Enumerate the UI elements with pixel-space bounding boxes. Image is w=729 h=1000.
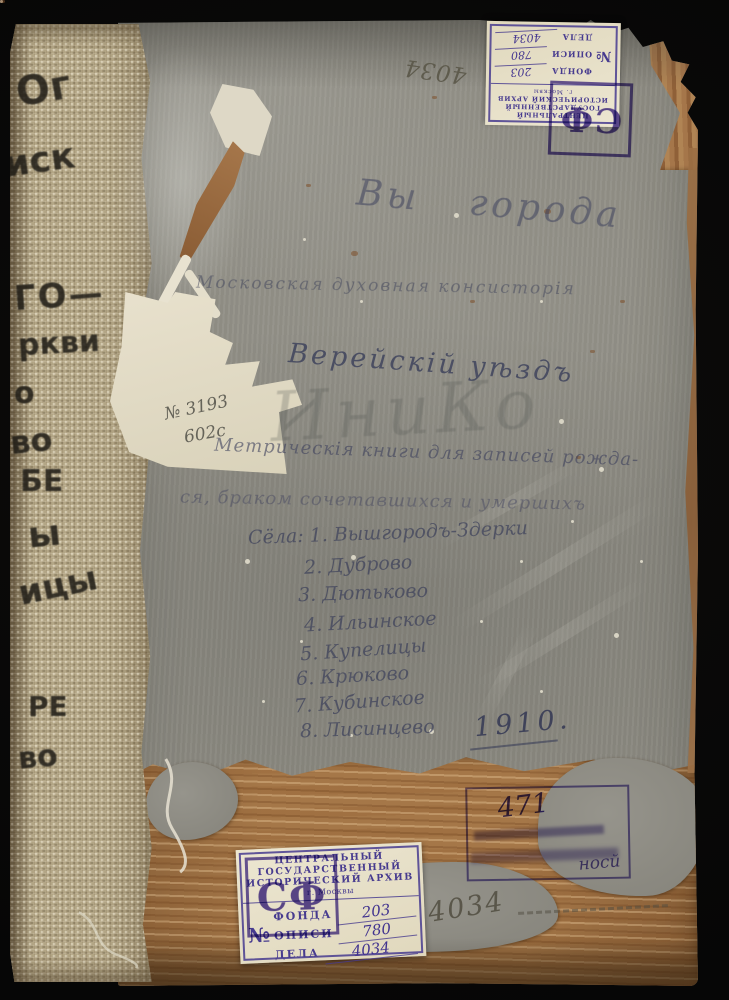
number-sign: № xyxy=(592,28,616,85)
sf-stamp-text: СФ xyxy=(558,98,623,140)
village-list-item: 5. Купелицы xyxy=(299,635,427,666)
ink-smudge-bar xyxy=(474,825,604,841)
fond-row: ФОНДА 203 xyxy=(495,65,592,81)
paper-nicks xyxy=(0,0,5,3)
village-list-item: 4. Ильинское xyxy=(304,608,438,637)
village-list-item: 2. Дуброво xyxy=(303,551,412,579)
reference-list: ФОНДА 203 ОПИСИ 780 ДЕЛА 4034 xyxy=(491,26,593,85)
check-ink-stamp: 471 носй xyxy=(465,785,631,882)
opis-value-handwritten: 780 xyxy=(495,47,547,64)
check-stamp-number: 471 xyxy=(496,787,551,824)
spine-letter-fragment: ркви xyxy=(17,324,101,363)
delo-value-handwritten: 4034 xyxy=(495,29,558,46)
delo-row: ДЕЛА 4034 xyxy=(495,31,592,47)
spine-letter-fragment: во xyxy=(17,738,60,776)
opis-row: ОПИСИ 780 xyxy=(495,48,592,64)
sf-ink-stamp-bottom: СФ xyxy=(245,854,340,937)
spine-letter-fragment: ГО— xyxy=(13,273,106,319)
opis-label: ОПИСИ xyxy=(551,49,592,60)
fond-label: ФОНДА xyxy=(551,66,592,77)
spine-letter-fragment: ы xyxy=(26,512,63,556)
spine-letter-fragment: ицы xyxy=(15,558,101,614)
spine-letter-fragment: БЕ xyxy=(20,464,63,499)
village-list-item: 7. Кубинское xyxy=(293,686,425,717)
spine-letter-fragment: во xyxy=(10,420,54,462)
village-list-item: 8. Лисинцево xyxy=(300,716,435,743)
spine-letter-fragment: РЕ xyxy=(28,690,68,723)
spine-letter-fragment: о xyxy=(14,376,35,411)
delo-label: ДЕЛА xyxy=(562,33,593,44)
village-list-item: 6. Крюково xyxy=(296,662,410,690)
village-list-item: 3. Дютьково xyxy=(298,580,429,607)
sf-ink-stamp-top: СФ xyxy=(548,81,634,158)
spine-letter-fragment: Ог xyxy=(12,62,74,117)
torn-edge-wood-strip xyxy=(683,148,698,773)
village-list-item: Сёла: 1. Вышгородъ-Здерки xyxy=(248,517,528,549)
delo-label: ДЕЛА xyxy=(275,947,320,962)
archival-book-cover-photo: Ог иск ГО— ркви о во БЕ ы ицы РЕ во Вы г… xyxy=(0,0,729,1000)
sf-stamp-text: СФ xyxy=(256,872,328,919)
fond-value-handwritten: 203 xyxy=(495,64,548,81)
spine-letter-fragment: иск xyxy=(10,135,78,185)
check-stamp-signature: носй xyxy=(578,851,621,875)
label-reference-rows: № ФОНДА 203 ОПИСИ 780 ДЕЛА 4034 xyxy=(491,26,616,85)
